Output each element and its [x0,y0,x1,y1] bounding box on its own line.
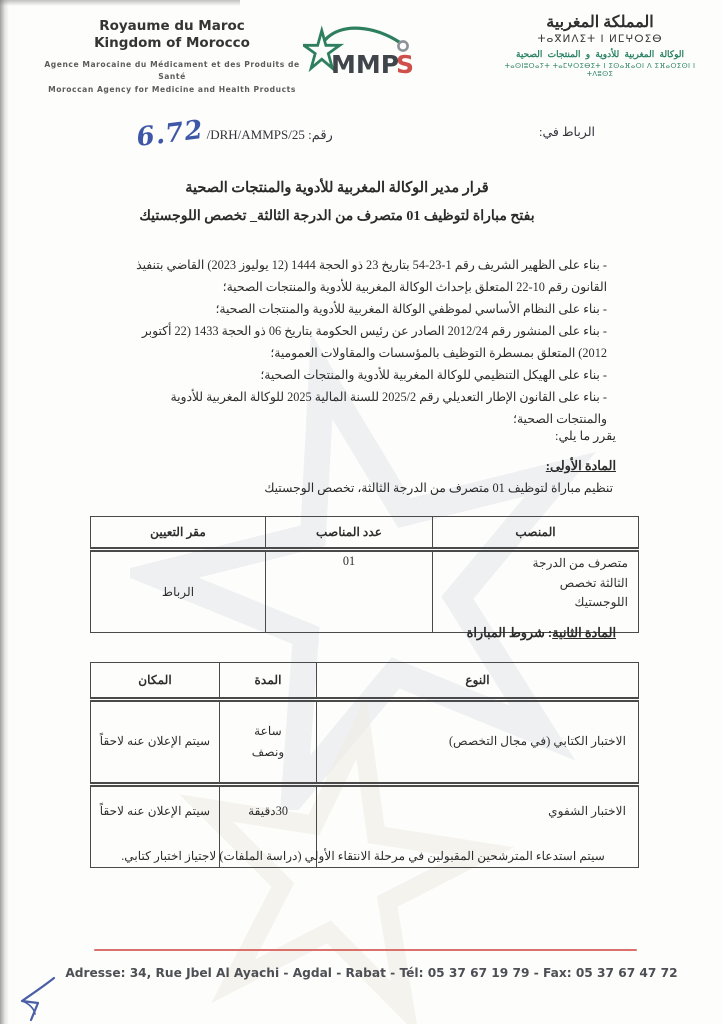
handwritten-paraph [14,972,66,1022]
kingdom-fr: Royaume du Maroc [38,18,306,35]
kingdom-ar: المملكة المغربية [491,12,709,32]
col-post: المنصب [433,517,639,550]
cell-exam-type: الاختبار الكتابي (في مجال التخصص) [317,700,639,785]
cell-post: متصرف من الدرجة الثالثة تخصص اللوجستيك [433,550,639,633]
article2-heading: المادة الثانية: شروط المباراة [467,626,616,641]
article2-heading-label: المادة الثانية [552,626,616,640]
exam-row-written: الاختبار الكتابي (في مجال التخصص) ساعة و… [91,700,639,785]
reference-code: /DRH/AMMPS/25 [207,127,305,142]
col-duration: المدة [220,663,317,700]
decision-title: قرار مدير الوكالة المغربية للأدوية والمن… [130,178,611,225]
header-right-block: المملكة المغربية ⵜⴰⴳⵍⴷⵉⵜ ⵏ ⵍⵎⵖⵔⵉⴱ الوكال… [491,12,709,78]
title-line1: قرار مدير الوكالة المغربية للأدوية والمن… [63,178,611,198]
legal-basis-item: بناء على القانون الإطار التعديلي رقم 202… [128,386,607,430]
positions-table-row: متصرف من الدرجة الثالثة تخصص اللوجستيك 0… [91,550,639,633]
legal-basis-item: بناء على المنشور رقم 2012/24 الصادر عن ر… [128,320,607,364]
article1-body: تنظيم مباراة لتوظيف 01 متصرف من الدرجة ا… [123,481,613,496]
agency-en: Moroccan Agency for Medicine and Health … [38,84,306,96]
legal-basis-item: بناء على الظهير الشريف رقم 1-23-54 بتاري… [128,254,607,298]
article1-heading: المادة الأولى: [546,459,616,474]
kingdom-en: Kingdom of Morocco [38,35,306,52]
kingdom-tifinagh: ⵜⴰⴳⵍⴷⵉⵜ ⵏ ⵍⵎⵖⵔⵉⴱ [491,33,709,45]
reference-label: رقم: [305,127,333,142]
legal-basis-item: بناء على الهيكل التنظيمي للوكالة المغربي… [128,364,607,386]
handwritten-number: 6.72 [135,115,205,153]
selection-note: سيتم استدعاء المترشحين المقبولين في مرحل… [100,849,605,864]
footer-address: Adresse: 34, Rue Jbel Al Ayachi - Agdal … [60,966,683,980]
cell-count: 01 [266,550,433,633]
agency-ar: الوكالة المغربية للأدوية و المنتجات الصح… [491,49,709,60]
cell-city: الرباط [91,550,266,633]
reference-number-line: رقم: 6.72 /DRH/AMMPS/25 [136,116,333,146]
positions-table-header-row: المنصب عدد المناصب مقر التعيين [91,517,639,550]
decision-intro: يقرر ما يلي: [555,428,616,444]
exams-table: النوع المدة المكان الاختبار الكتابي (في … [90,662,639,868]
cell-exam-place: سيتم الإعلان عنه لاحقاً [91,700,220,785]
scan-edge-top [0,0,240,6]
logo-text-s: S [396,50,414,79]
article2-subtitle: : شروط المباراة [467,626,553,640]
col-type: النوع [317,663,639,700]
col-count: عدد المناصب [266,517,433,550]
logo-swoosh [325,28,399,42]
cell-exam-duration: ساعة ونصف [220,700,317,785]
logo-text-mmp: MMP [331,50,399,79]
document-page: Royaume du Maroc Kingdom of Morocco Agen… [0,0,723,1024]
col-place: المكان [91,663,220,700]
col-city: مقر التعيين [91,517,266,550]
agency-tifinagh: ⵜⴰⵙⵏⵓⵔⴰⵢⵜ ⵜⴰⵎⵖⵔⵉⴱⵉⵜ ⵏ ⵉⵙⴰⴼⴰⵔⵏ ⴷ ⵉⴼⴰⵔⵉⵙⵏ … [491,62,709,78]
legal-basis-list: بناء على الظهير الشريف رقم 1-23-54 بتاري… [128,254,607,430]
ammps-logo: MMP S [303,24,433,82]
agency-fr: Agence Marocaine du Médicament et des Pr… [38,59,306,83]
title-line2: بفتح مباراة لتوظيف 01 متصرف من الدرجة ال… [63,208,611,225]
place-date-label: الرباط في: [539,124,595,140]
scan-edge-left [0,0,9,1024]
header-left-block: Royaume du Maroc Kingdom of Morocco Agen… [38,18,306,96]
legal-basis-item: بناء على النظام الأساسي لموظفي الوكالة ا… [128,298,607,320]
exams-table-header-row: النوع المدة المكان [91,663,639,700]
footer-divider [94,949,637,951]
positions-table: المنصب عدد المناصب مقر التعيين متصرف من … [90,516,639,633]
